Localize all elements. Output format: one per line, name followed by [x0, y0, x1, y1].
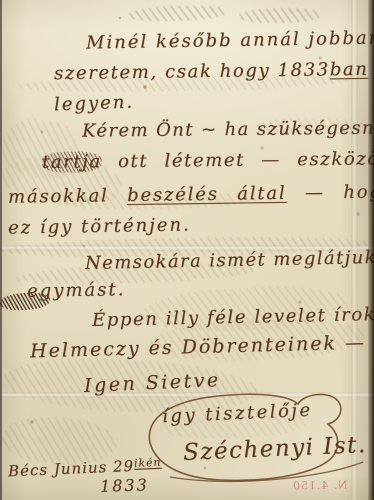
letter-line: másokkal beszélés által — hogy: [8, 181, 374, 207]
letter-line-text: ott létemet — eszközölje: [118, 148, 374, 172]
archival-number: N. 4.150: [292, 479, 348, 493]
letter-line: ez így történjen.: [8, 214, 191, 238]
letter-line: szeretem, csak hogy 1833ban: [54, 59, 369, 84]
closing-phrase: így tisztelője: [162, 400, 313, 428]
horizontal-fold-crease: [0, 392, 374, 398]
underlined-word: ban: [330, 59, 369, 81]
letter-line: tartja ott létemet — eszközölje: [42, 148, 374, 173]
letter-line-text: — hogy: [305, 181, 374, 203]
bleedthrough-text: [238, 7, 323, 23]
date-suffix: ikén: [134, 456, 162, 470]
signature: Széchenyi Ist.: [183, 432, 368, 466]
bleedthrough-text: [128, 4, 228, 22]
letter-scan: Minél később annál jobban szeretem, csak…: [0, 0, 374, 500]
letter-line-text: másokkal: [8, 185, 109, 207]
underlined-phrase: beszélés által: [127, 183, 287, 206]
letter-line: egymást.: [27, 279, 126, 302]
date-year: 1833: [100, 475, 149, 496]
letter-line: Kérem Önt ~ ha szükségesnek: [82, 117, 374, 141]
scan-edge-left: [0, 0, 2, 500]
struck-out-word: tartja: [42, 151, 102, 173]
scan-edge-right: [368, 0, 374, 500]
letter-line: Igen Sietve: [84, 369, 221, 397]
letter-line: Helmeczy és Döbrenteinek —: [30, 332, 366, 363]
bleedthrough-text: [0, 115, 86, 184]
letter-line: Nemsokára ismét meglátjuk: [85, 247, 374, 274]
letter-line: Éppen illy féle levelet írok: [92, 304, 374, 331]
letter-line: legyen.: [54, 92, 135, 116]
letter-line-text: szeretem, csak hogy 1833: [54, 59, 330, 84]
letter-line: Minél később annál jobban: [86, 27, 374, 53]
